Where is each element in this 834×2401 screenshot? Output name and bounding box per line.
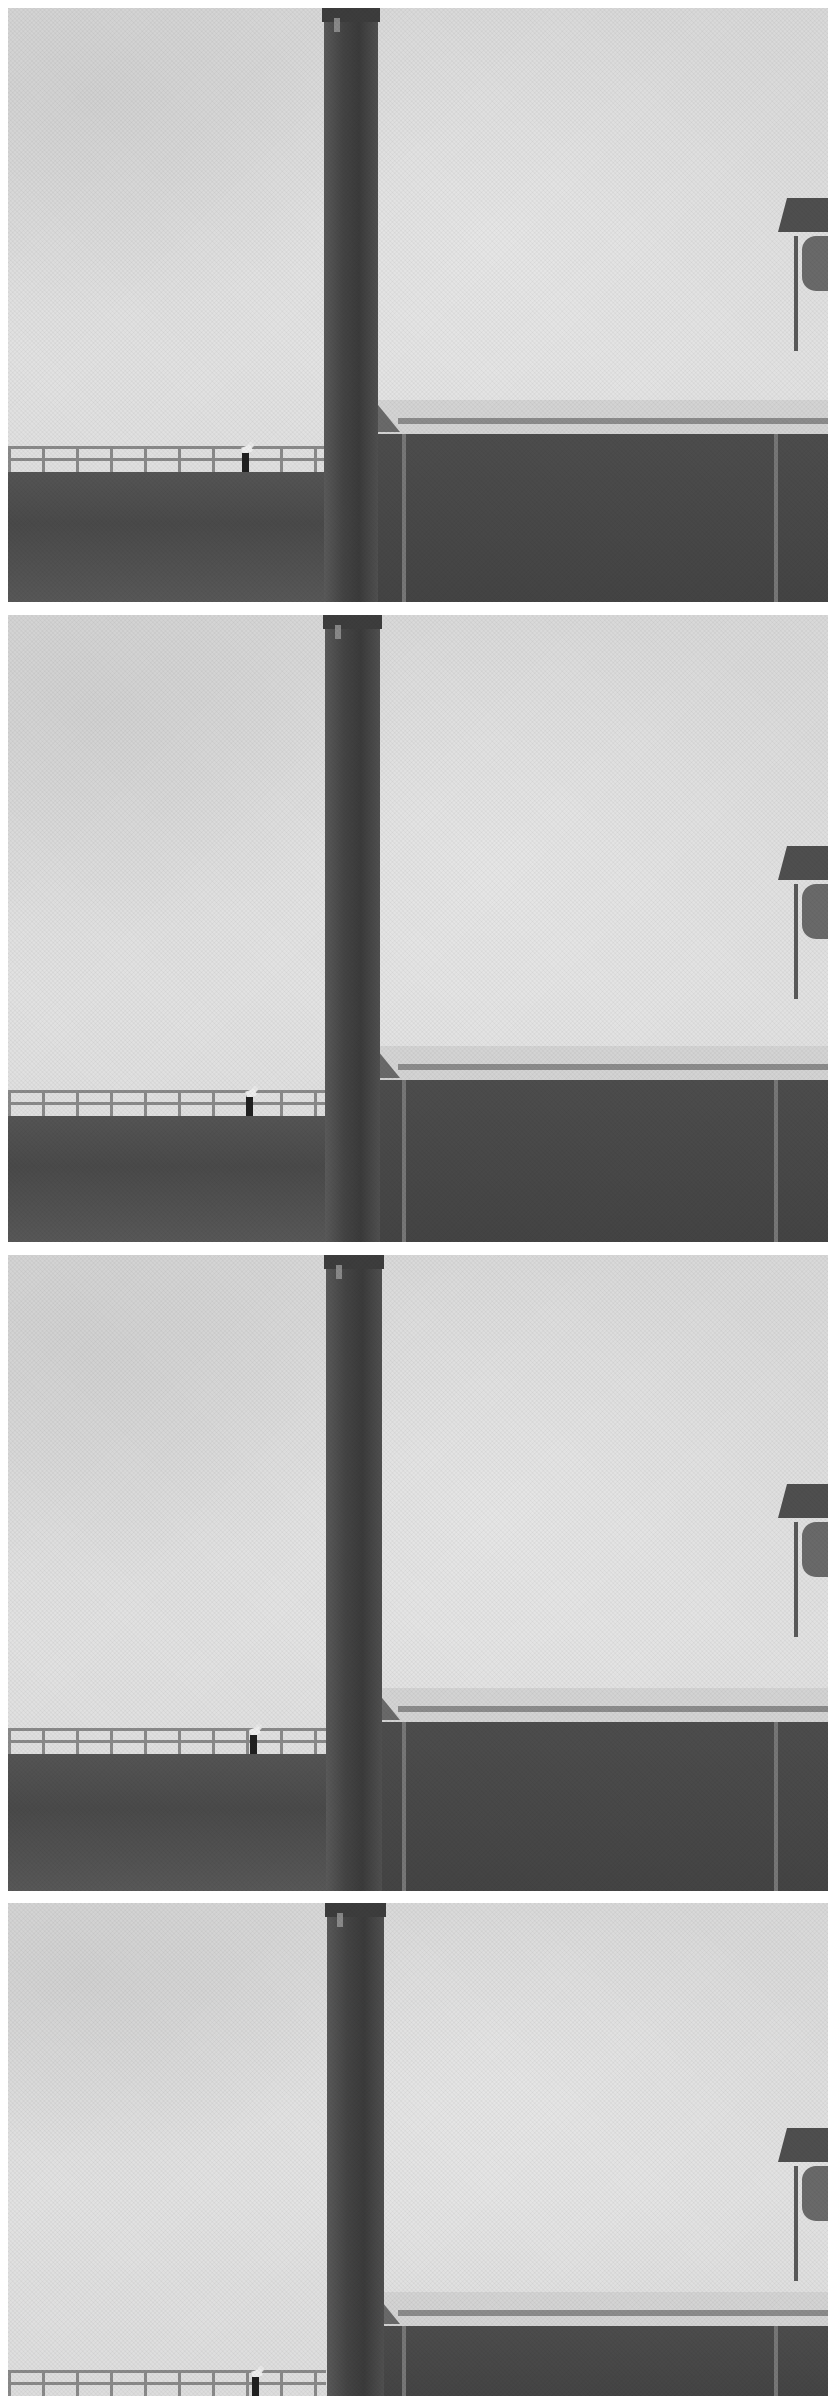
- chimney-mark: [335, 625, 341, 639]
- water-tower-tank: [802, 884, 828, 939]
- railing-post: [42, 2370, 45, 2396]
- building-pillar: [402, 2326, 406, 2396]
- railing-mid-bar: [8, 1102, 326, 1105]
- railing-top-bar: [8, 446, 326, 449]
- railing-post: [280, 2370, 283, 2396]
- railing-post: [76, 1090, 79, 1116]
- chimney: [327, 1903, 384, 2396]
- building-roof: [374, 1688, 828, 1722]
- wall: [8, 1754, 328, 1891]
- water-tower-roof: [778, 2128, 828, 2162]
- railing-post: [110, 446, 113, 472]
- chimney-cap: [325, 1903, 386, 1917]
- railing-post: [76, 446, 79, 472]
- railing: [8, 1090, 326, 1116]
- railing-post: [212, 446, 215, 472]
- railing-post: [314, 2370, 317, 2396]
- factory-building: [374, 1046, 828, 1242]
- man-legs: [246, 1097, 253, 1116]
- chimney: [325, 615, 380, 1242]
- water-tower-tank: [802, 1522, 828, 1577]
- railing-top-bar: [8, 1728, 326, 1731]
- roof-band: [398, 2310, 828, 2316]
- railing-post: [178, 1728, 181, 1754]
- water-tower-frame: [794, 236, 828, 351]
- water-tower-roof: [778, 198, 828, 232]
- man-legs: [252, 2377, 259, 2396]
- wall: [8, 1116, 328, 1242]
- chimney: [326, 1255, 382, 1891]
- building-pillar: [402, 1080, 406, 1242]
- man-legs: [250, 1735, 257, 1754]
- factory-building: [374, 2292, 828, 2396]
- railing-post: [42, 1728, 45, 1754]
- roof-band: [398, 1064, 828, 1070]
- building-pillar: [774, 1080, 778, 1242]
- water-tower-tank: [802, 2166, 828, 2221]
- factory-building: [374, 400, 828, 602]
- railing-post: [110, 1728, 113, 1754]
- railing-mid-bar: [8, 2382, 326, 2385]
- railing-post: [42, 1090, 45, 1116]
- chimney-cap: [323, 615, 382, 629]
- water-tower-frame: [794, 2166, 828, 2281]
- railing-post: [178, 2370, 181, 2396]
- railing-post: [76, 2370, 79, 2396]
- water-tower-frame: [794, 1522, 828, 1637]
- man-legs: [242, 453, 249, 472]
- railing-post: [212, 1090, 215, 1116]
- chimney-mark: [334, 18, 340, 32]
- railing-post: [144, 1090, 147, 1116]
- building-pillar: [774, 2326, 778, 2396]
- railing-post: [8, 446, 11, 472]
- photo-frame-3: [8, 1255, 828, 1891]
- water-tower: [778, 846, 828, 1006]
- building-pillar: [774, 1722, 778, 1891]
- water-tower: [778, 198, 828, 358]
- water-tower-roof: [778, 1484, 828, 1518]
- railing-post: [314, 1090, 317, 1116]
- railing-post: [212, 1728, 215, 1754]
- railing-post: [8, 1090, 11, 1116]
- photo-frame-4: [8, 1903, 828, 2396]
- railing-post: [8, 1728, 11, 1754]
- building-pillar: [402, 434, 406, 602]
- water-tower-frame: [794, 884, 828, 999]
- railing-mid-bar: [8, 1740, 326, 1743]
- man-figure: [244, 1086, 258, 1116]
- railing-post: [42, 446, 45, 472]
- wall: [8, 472, 328, 602]
- roof-band: [398, 1706, 828, 1712]
- roof-band: [398, 418, 828, 424]
- chimney-mark: [337, 1913, 343, 1927]
- water-tower-roof: [778, 846, 828, 880]
- man-figure: [248, 1724, 262, 1754]
- man-figure: [240, 442, 254, 472]
- railing: [8, 2370, 326, 2396]
- railing-post: [110, 1090, 113, 1116]
- railing-post: [280, 1090, 283, 1116]
- photo-strip: [8, 8, 828, 2396]
- railing: [8, 446, 326, 472]
- building-wall: [374, 1722, 828, 1891]
- building-roof: [374, 400, 828, 434]
- photo-frame-2: [8, 615, 828, 1242]
- water-tower-tank: [802, 236, 828, 291]
- chimney-cap: [324, 1255, 384, 1269]
- water-tower: [778, 1484, 828, 1644]
- building-wall: [374, 2326, 828, 2396]
- railing-mid-bar: [8, 458, 326, 461]
- railing-post: [76, 1728, 79, 1754]
- man-figure: [250, 2366, 264, 2396]
- factory-building: [374, 1688, 828, 1891]
- building-roof: [374, 2292, 828, 2326]
- railing-post: [144, 1728, 147, 1754]
- railing-post: [246, 2370, 249, 2396]
- building-pillar: [402, 1722, 406, 1891]
- railing-post: [314, 446, 317, 472]
- railing-post: [178, 446, 181, 472]
- chimney: [324, 8, 378, 602]
- railing-post: [212, 2370, 215, 2396]
- building-roof: [374, 1046, 828, 1080]
- chimney-mark: [336, 1265, 342, 1279]
- railing-post: [8, 2370, 11, 2396]
- chimney-cap: [322, 8, 380, 22]
- railing-top-bar: [8, 2370, 326, 2373]
- railing-top-bar: [8, 1090, 326, 1093]
- railing-post: [110, 2370, 113, 2396]
- railing-post: [144, 446, 147, 472]
- building-wall: [374, 434, 828, 602]
- water-tower: [778, 2128, 828, 2288]
- railing-post: [178, 1090, 181, 1116]
- railing-post: [280, 446, 283, 472]
- railing-post: [144, 2370, 147, 2396]
- building-pillar: [774, 434, 778, 602]
- railing-post: [314, 1728, 317, 1754]
- building-wall: [374, 1080, 828, 1242]
- railing: [8, 1728, 326, 1754]
- railing-post: [280, 1728, 283, 1754]
- photo-frame-1: [8, 8, 828, 602]
